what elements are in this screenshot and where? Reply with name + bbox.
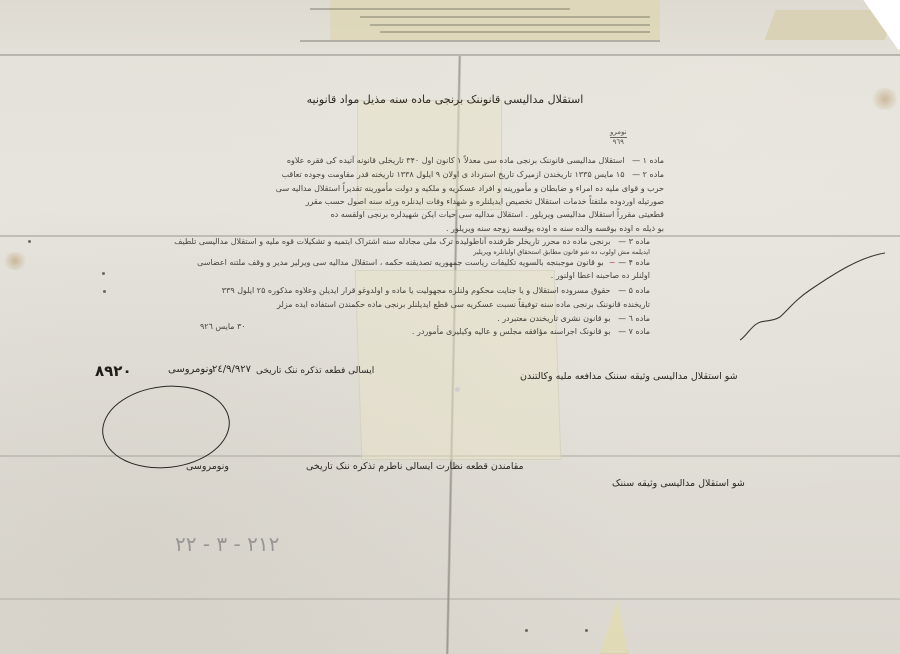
tape-strip: [330, 0, 660, 40]
law-date: ۳۰ مایس ۹۲٦: [200, 322, 246, 331]
document-photo: استقلال مدالیسی قانوننک برنجی ماده سنه م…: [0, 0, 900, 654]
tape-patch: [355, 270, 562, 460]
article-line: اولنلر ده صاحبنه اعطا اولنور .: [551, 271, 650, 280]
record-suffix: ونومروسی: [168, 364, 213, 375]
record-label: ایسالی فطعه تذکره ننک تاریخی: [256, 366, 374, 376]
article-line: ماده ۱ — استقلال مدالیسی قانوننک برنجی م…: [287, 156, 664, 165]
article-line: ماده ۴ — ~ بو قانون موجبنجه بالسویه تکلی…: [197, 258, 650, 267]
faint-text-line: [300, 40, 660, 42]
tape-patch: [600, 600, 628, 654]
faint-text-line: [310, 8, 570, 10]
signature-line-middle: مقامندن قطعه نظارت ایسالی ناطرم تذکره نن…: [306, 461, 524, 472]
pin-hole: [455, 387, 460, 392]
paper-stain: [870, 88, 900, 110]
reference-number-bottom: ٩٦٩: [613, 138, 624, 146]
article-line: قطعیتی مقرراً استقلال مدالیسی ویریلور . …: [331, 210, 664, 219]
paper-stain: [2, 252, 28, 270]
faint-text-line: [360, 16, 650, 18]
article-line: ایدیلمه مش اولوب ده شو قانون مطابق استحق…: [473, 248, 650, 256]
article-line: ماده ۲ — ۱۵ مایس ۱۳۳۵ تاریخندن ازمیرک تا…: [282, 170, 664, 179]
document-title: استقلال مدالیسی قانوننک برنجی ماده سنه م…: [280, 93, 610, 106]
pencil-note: ٢١٢ - ٣ - ٢٢: [175, 532, 279, 556]
faint-text-line: [370, 24, 650, 26]
red-ink-mark: ~: [609, 258, 616, 267]
previous-page-strip: [0, 0, 900, 56]
ink-speck: [28, 240, 31, 243]
article-line: ماده ۵ — حقوق مسروده استقلال و یا جنایت …: [222, 286, 650, 295]
article-line: ماده ۳ — برنجی ماده ده محرر تاریخلر ظرفن…: [174, 237, 650, 246]
article-line: ماده ۷ — بو قانونک اجراسنه مؤافقه مجلس و…: [412, 327, 650, 336]
ink-speck: [103, 290, 106, 293]
pencil-scribble: [740, 245, 900, 345]
article-line: تاریخنده قانوننک برنجی ماده سنه توفیقاً …: [277, 300, 650, 309]
ink-speck: [585, 629, 588, 632]
ink-speck: [525, 629, 528, 632]
signature-line-right: شو استقلال مدالیسی وثیقه سننک: [612, 478, 745, 489]
article-line: حرب و قوای ملیه ده امراء و ضابطان و مأمو…: [276, 184, 664, 193]
signature-line-1: شو استقلال مدالیسی وثیقه سننک مدافعه ملی…: [520, 371, 738, 382]
article-line: صورتیله اوردوده ملتفتاً خدمات استقلال تخ…: [306, 197, 664, 206]
tape-patch: [357, 100, 502, 210]
article-line: ماده ٦ — بو قانون نشری تاریخندن معتبردر …: [497, 314, 650, 323]
article-line: بو ذیله ه اوده بوقسه والده سنه ه اوده یو…: [446, 224, 664, 233]
ink-speck: [102, 272, 105, 275]
record-number: ٨٩٢٠: [95, 362, 132, 380]
record-date: ٢٤/٩/٩٢٧: [212, 364, 251, 375]
reference-number: نومرو ٩٦٩: [610, 128, 627, 147]
horizontal-fold-line: [0, 598, 900, 600]
reference-number-top: نومرو: [610, 128, 627, 138]
faint-text-line: [380, 31, 650, 33]
